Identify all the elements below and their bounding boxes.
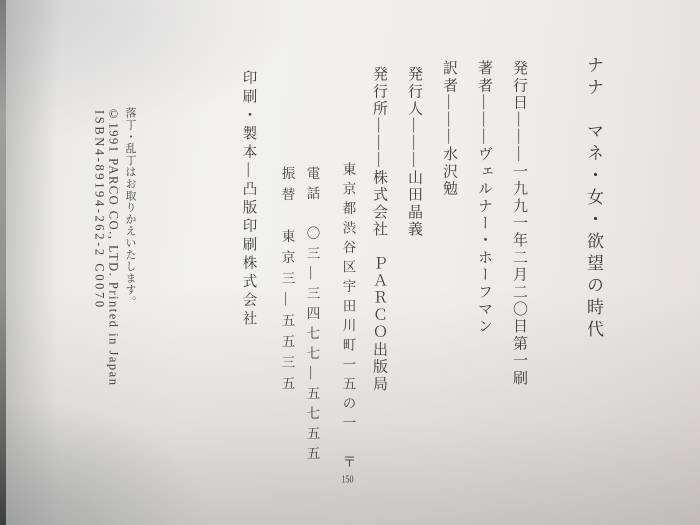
- author-line: 著者―――ヴェルナー・ホーフマン: [476, 60, 491, 520]
- publish-date-line: 発行日―――一九九一年二月二〇日第一刷: [511, 60, 526, 520]
- publisher-line: 発行所―――株式会社 ＰＡＲＣＯ出版局: [371, 66, 386, 524]
- postal-code-tcy: 150: [342, 474, 354, 485]
- phone-line: 電話 〇三―三四七七―五七五五: [305, 166, 319, 522]
- book-title-vertical: ナナ マネ・女・欲望の時代: [585, 56, 602, 516]
- isbn-line: ISBN4-89194-262-2 C0070: [93, 110, 106, 522]
- book-colophon-photo: ナナ マネ・女・欲望の時代 発行日―――一九九一年二月二〇日第一刷 著者―――ヴ…: [0, 0, 700, 525]
- replacement-notice-line: 落丁・乱丁はお取りかえいたします。: [124, 107, 135, 522]
- copyright-line: ©1991 PARCO CO., LTD. Printed in Japan: [107, 107, 120, 522]
- page-left-curve-shadow: [6, 0, 58, 525]
- publisher-person-line: 発行人―――山田晶義: [406, 66, 421, 524]
- address-text: 東京都渋谷区宇田川町一五の一 〒: [341, 162, 356, 474]
- printer-line: 印刷・製本―凸版印刷株式会社: [241, 70, 256, 522]
- postal-transfer-line: 振替 東京三―五五三五: [280, 166, 294, 522]
- publisher-address-line: 東京都渋谷区宇田川町一五の一 〒150: [341, 162, 355, 522]
- translator-line: 訳者―――水沢勉: [441, 60, 456, 520]
